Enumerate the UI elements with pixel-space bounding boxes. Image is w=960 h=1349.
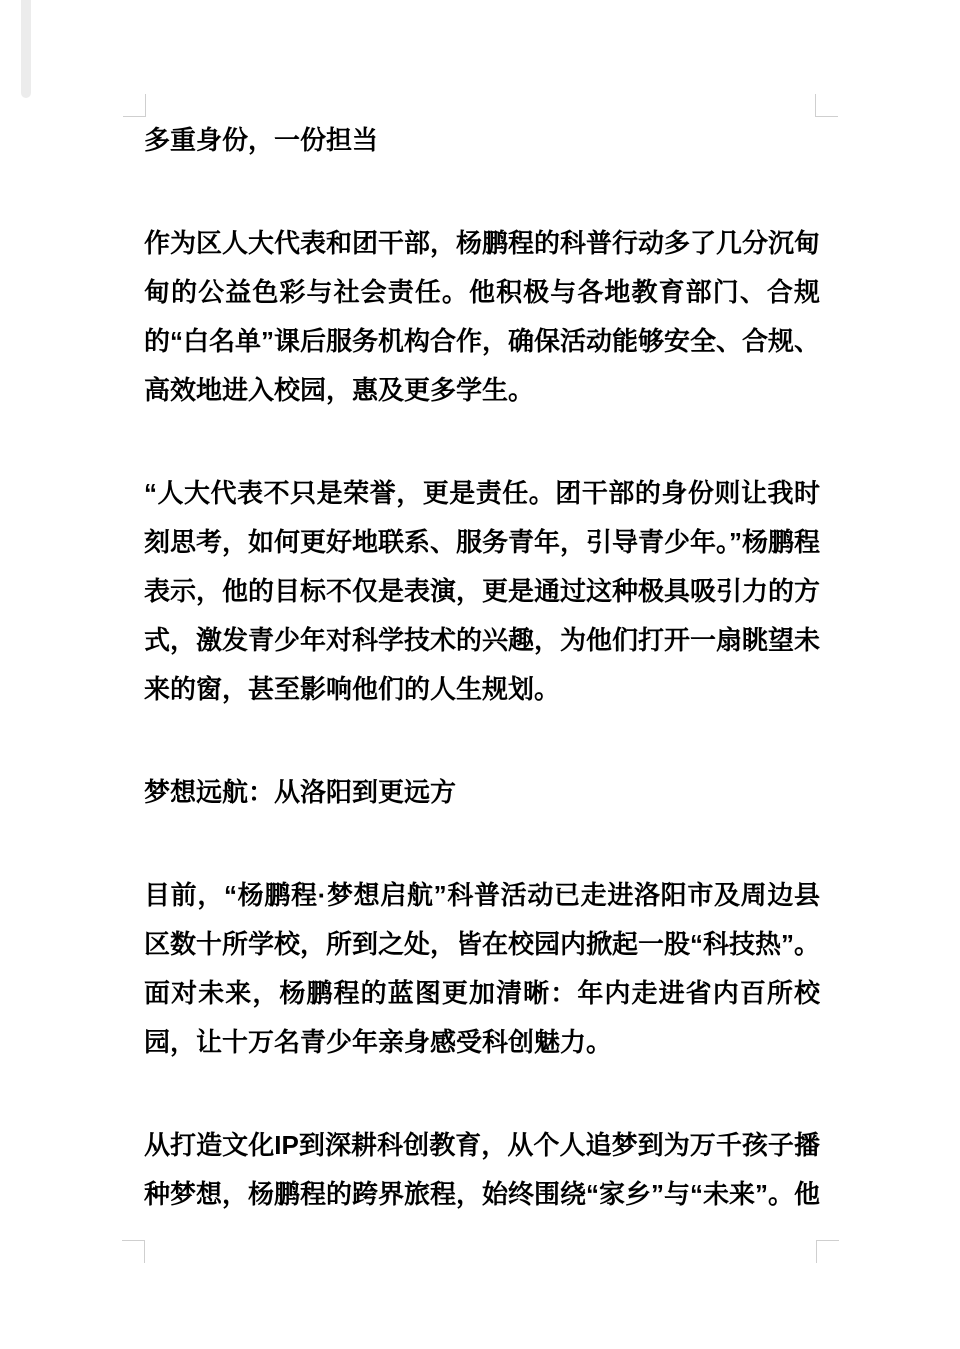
crop-mark-bottom-left xyxy=(122,1240,145,1263)
paragraph-campus-tour: 目前，“杨鹏程·梦想启航”科普活动已走进洛阳市及周边县区数十所学校，所到之处，皆… xyxy=(144,871,820,1067)
document-page: 多重身份，一份担当 作为区人大代表和团干部，杨鹏程的科普行动多了几分沉甸甸的公益… xyxy=(0,0,960,1349)
section-heading-dream-voyage: 梦想远航：从洛阳到更远方 xyxy=(144,768,820,817)
crop-mark-top-right xyxy=(815,94,838,117)
paragraph-quote-responsibility: “人大代表不只是荣誉，更是责任。团干部的身份则让我时刻思考，如何更好地联系、服务… xyxy=(144,469,820,714)
paragraph-crossover-journey: 从打造文化IP到深耕科创教育，从个人追梦到为万千孩子播种梦想，杨鹏程的跨界旅程，… xyxy=(144,1121,820,1219)
scrollbar-thumb[interactable] xyxy=(21,0,31,98)
paragraph-public-duty: 作为区人大代表和团干部，杨鹏程的科普行动多了几分沉甸甸的公益色彩与社会责任。他积… xyxy=(144,219,820,415)
crop-mark-top-left xyxy=(123,94,146,117)
document-body: 多重身份，一份担当 作为区人大代表和团干部，杨鹏程的科普行动多了几分沉甸甸的公益… xyxy=(144,116,820,1273)
section-heading-multiple-roles: 多重身份，一份担当 xyxy=(144,116,820,165)
